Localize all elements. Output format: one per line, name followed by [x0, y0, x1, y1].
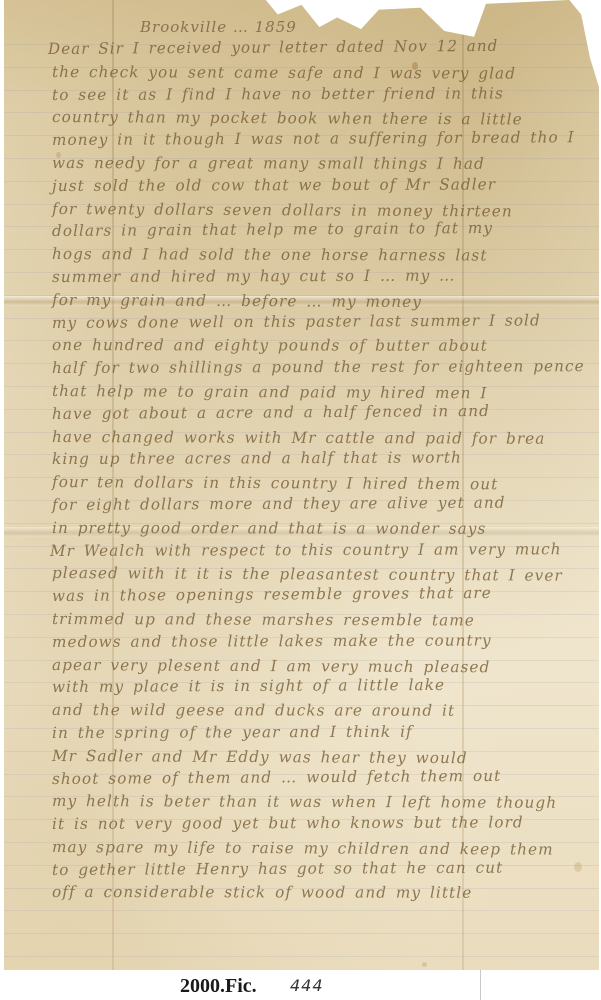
letter-line: Mr Wealch with respect to this country I… [50, 538, 585, 563]
accession-id: 2000.Fic. [180, 975, 257, 998]
letter-line: and the wild geese and ducks are around … [52, 699, 587, 723]
letter-line: in the spring of the year and I think if [52, 720, 587, 745]
letter-line: to gether little Henry has got so that h… [52, 856, 587, 882]
letter-line: was in those openings resemble groves th… [52, 581, 587, 608]
letter-body: Dear Sir I received your letter dated No… [52, 38, 597, 904]
letter-line: to see it as I find I have no better fri… [52, 82, 587, 107]
letter-line: just sold the old cow that we bout of Mr… [52, 173, 587, 198]
letter-line: shoot some of them and … would fetch the… [52, 764, 587, 791]
letter-line: in pretty good order and that is a wonde… [52, 517, 587, 541]
letter-line: medows and those little lakes make the c… [52, 629, 587, 654]
ruled-line [4, 933, 599, 934]
letter-line: was needy for a great many small things … [52, 152, 587, 176]
letter-line: have got about a acre and a half fenced … [52, 399, 587, 426]
letter-line: Dear Sir I received your letter dated No… [48, 34, 583, 61]
letter-dateline: Brookville … 1859 [140, 18, 297, 36]
handwritten-item-number: 444 [290, 976, 324, 995]
letter-line: off a considerable stick of wood and my … [52, 881, 587, 905]
letter-line: dollars in grain that help me to grain t… [52, 217, 587, 244]
ink-stain [422, 962, 427, 967]
letter-line: my cows done well on this paster last su… [52, 309, 587, 335]
letter-line: for eight dollars more and they are aliv… [52, 491, 587, 517]
ruled-line [4, 910, 599, 911]
letter-line: king up three acres and a half that is w… [52, 446, 587, 471]
letter-line: money in it though I was not a suffering… [52, 126, 587, 152]
letter-line: summer and hired my hay cut so I … my … [52, 264, 587, 289]
ruled-line [4, 956, 599, 957]
letter-line: with my place it is in sight of a little… [52, 674, 587, 700]
letter-line: half for two shillings a pound the rest … [52, 355, 587, 380]
letter-line: it is not very good yet but who knows bu… [52, 811, 587, 836]
